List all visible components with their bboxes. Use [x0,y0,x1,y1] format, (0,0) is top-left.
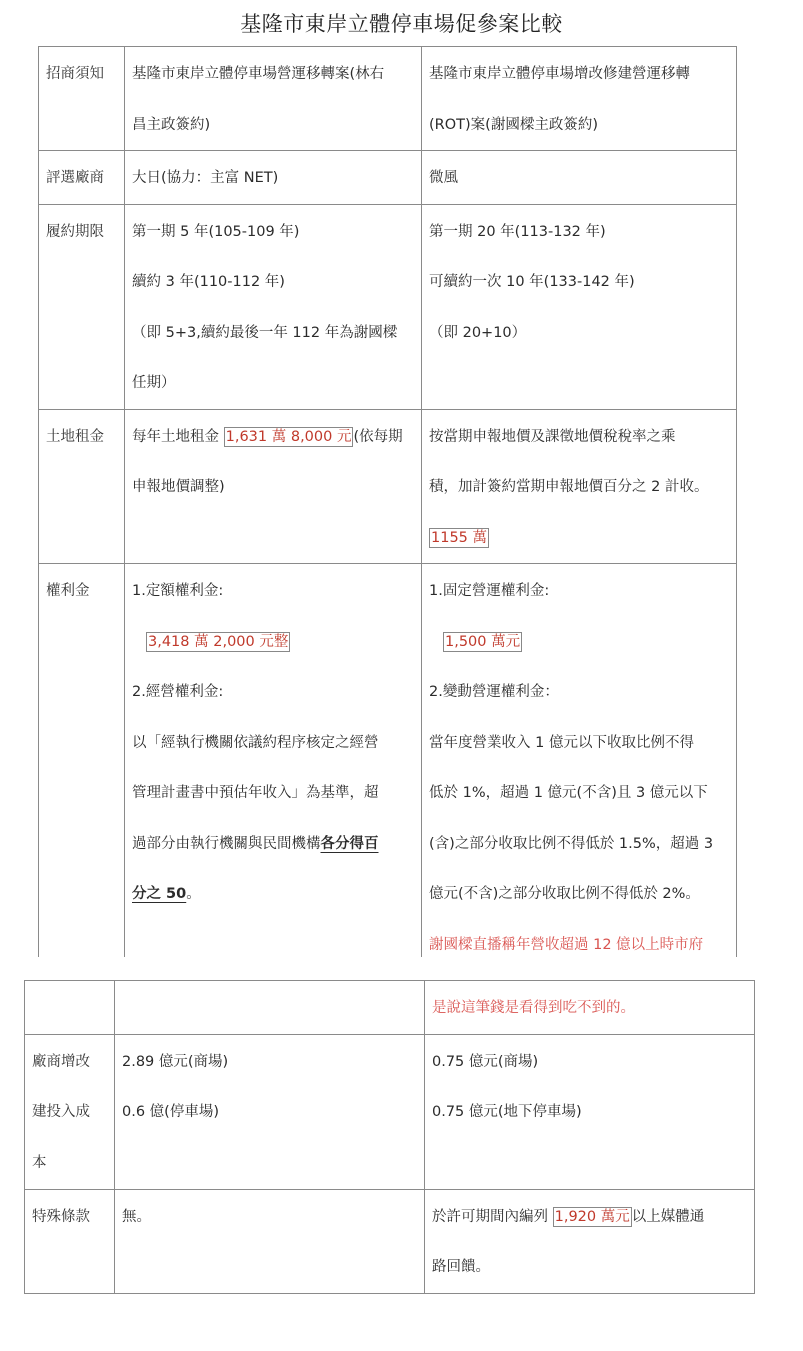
table-row-term: 履約期限 第一期 5 年(105-109 年) 續約 3 年(110-112 年… [39,204,737,409]
text: 於許可期間內編列 [432,1209,553,1225]
highlighted-amount: 3,418 萬 2,000 元整 [146,632,290,652]
cell-text: 可續約一次 10 年(133-142 年) [429,257,729,308]
table-row-investment: 廠商增改 建投入成 本 2.89 億元(商場) 0.6 億(停車場) 0.75 … [25,1034,755,1189]
cell-text: 無。 [122,1192,417,1243]
row-label: 土地租金 [46,412,117,463]
row-label: 建投入成 [32,1087,107,1138]
cell-text: 0.75 億元(地下停車場) [432,1087,747,1138]
cell-text: 昌主政簽約) [132,100,414,151]
cell-text: 0.6 億(停車場) [122,1087,417,1138]
cell-text: 路回饋。 [432,1242,747,1293]
cell-case-a: 基隆市東岸立體停車場營運移轉案(林右 昌主政簽約) [125,47,422,151]
cell-text: 以「經執行機關依議約程序核定之經營 [132,718,414,769]
cell-text: 基隆市東岸立體停車場增改修建營運移轉 [429,49,729,100]
cell-text: 按當期申報地價及課徵地價稅稅率之乘 [429,412,729,463]
row-label: 評選廠商 [46,153,117,204]
cell-text: 2.89 億元(商場) [122,1037,417,1088]
cell-text: 管理計畫書中預估年收入」為基準，超 [132,768,414,819]
cell-text: 第一期 20 年(113-132 年) [429,207,729,258]
table-row-notice: 招商須知 基隆市東岸立體停車場營運移轉案(林右 昌主政簽約) 基隆市東岸立體停車… [39,47,737,151]
cell-text: 低於 1%，超過 1 億元(不含)且 3 億元以下 [429,768,729,819]
row-label: 特殊條款 [32,1192,107,1243]
cell-text: 1155 萬 [429,513,729,564]
cell-text: 大日(協力：主富 NET) [132,153,414,204]
empty-cell [115,981,425,1035]
cell-text: 2.經營權利金: [132,667,414,718]
cell-text: 每年土地租金 1,631 萬 8,000 元(依每期 [132,412,414,463]
text: 過部分由執行機關與民間機構 [132,836,321,852]
annotation-note: 是說這筆錢是看得到吃不到的。 [432,983,747,1034]
table-row-royalty-continued: 是說這筆錢是看得到吃不到的。 [25,981,755,1035]
cell-text: 申報地價調整) [132,462,414,513]
comparison-table-part-1: 招商須知 基隆市東岸立體停車場營運移轉案(林右 昌主政簽約) 基隆市東岸立體停車… [38,46,737,957]
text: 每年土地租金 [132,429,224,445]
row-label-cell: 招商須知 [39,47,125,151]
cell-text: 於許可期間內編列 1,920 萬元以上媒體通 [432,1192,747,1243]
text: 以上媒體通 [632,1209,705,1225]
highlighted-amount: 1,631 萬 8,000 元 [224,427,354,447]
cell-text: 分之 50。 [132,869,414,920]
cell-text: （即 20+10） [429,308,729,359]
cell-text: 第一期 5 年(105-109 年) [132,207,414,258]
cell-case-b: 基隆市東岸立體停車場增改修建營運移轉 (ROT)案(謝國樑主政簽約) [422,47,737,151]
cell-text: (含)之部分收取比例不得低於 1.5%，超過 3 [429,819,729,870]
cell-text: 積，加計簽約當期申報地價百分之 2 計收。 [429,462,729,513]
cell-text: 基隆市東岸立體停車場營運移轉案(林右 [132,49,414,100]
row-label: 權利金 [46,566,117,617]
cell-text: 1.固定營運權利金: [429,566,729,617]
cell-text: 過部分由執行機關與民間機構各分得百 [132,819,414,870]
empty-cell [25,981,115,1035]
table-part-1-viewport: 招商須知 基隆市東岸立體停車場營運移轉案(林右 昌主政簽約) 基隆市東岸立體停車… [0,0,803,957]
cell-text: 1,500 萬元 [429,617,729,668]
cell-text: 任期） [132,358,414,409]
cell-text: 0.75 億元(商場) [432,1037,747,1088]
highlighted-amount: 1,920 萬元 [553,1207,632,1227]
highlighted-amount: 1155 萬 [429,528,489,548]
emphasized-text: 分之 50 [132,886,186,902]
cell-text: 億元(不含)之部分收取比例不得低於 2%。 [429,869,729,920]
cell-text: （即 5+3,續約最後一年 112 年為謝國樑 [132,308,414,359]
cell-text: 續約 3 年(110-112 年) [132,257,414,308]
highlighted-amount: 1,500 萬元 [443,632,522,652]
row-label: 履約期限 [46,207,117,258]
comparison-table-part-2: 是說這筆錢是看得到吃不到的。 廠商增改 建投入成 本 2.89 億元(商場) 0… [24,980,755,1294]
row-label: 招商須知 [46,49,117,100]
cell-text: 微風 [429,153,729,204]
annotation-note: 謝國樑直播稱年營收超過 12 億以上時市府 [429,920,729,958]
table-row-royalty: 權利金 1.定額權利金: 3,418 萬 2,000 元整 2.經營權利金: 以… [39,564,737,958]
table-row-special: 特殊條款 無。 於許可期間內編列 1,920 萬元以上媒體通 路回饋。 [25,1189,755,1293]
table-row-rent: 土地租金 每年土地租金 1,631 萬 8,000 元(依每期 申報地價調整) … [39,409,737,564]
cell-text: 當年度營業收入 1 億元以下收取比例不得 [429,718,729,769]
cell-text: 2.變動營運權利金： [429,667,729,718]
cell-text: (ROT)案(謝國樑主政簽約) [429,100,729,151]
text: 。 [186,886,201,902]
cell-text: 3,418 萬 2,000 元整 [132,617,414,668]
cell-text: 1.定額權利金: [132,566,414,617]
text: (依每期 [353,429,402,445]
emphasized-text: 各分得百 [321,836,379,852]
row-label: 廠商增改 [32,1037,107,1088]
row-label: 本 [32,1138,107,1189]
table-row-vendor: 評選廠商 大日(協力：主富 NET) 微風 [39,151,737,205]
